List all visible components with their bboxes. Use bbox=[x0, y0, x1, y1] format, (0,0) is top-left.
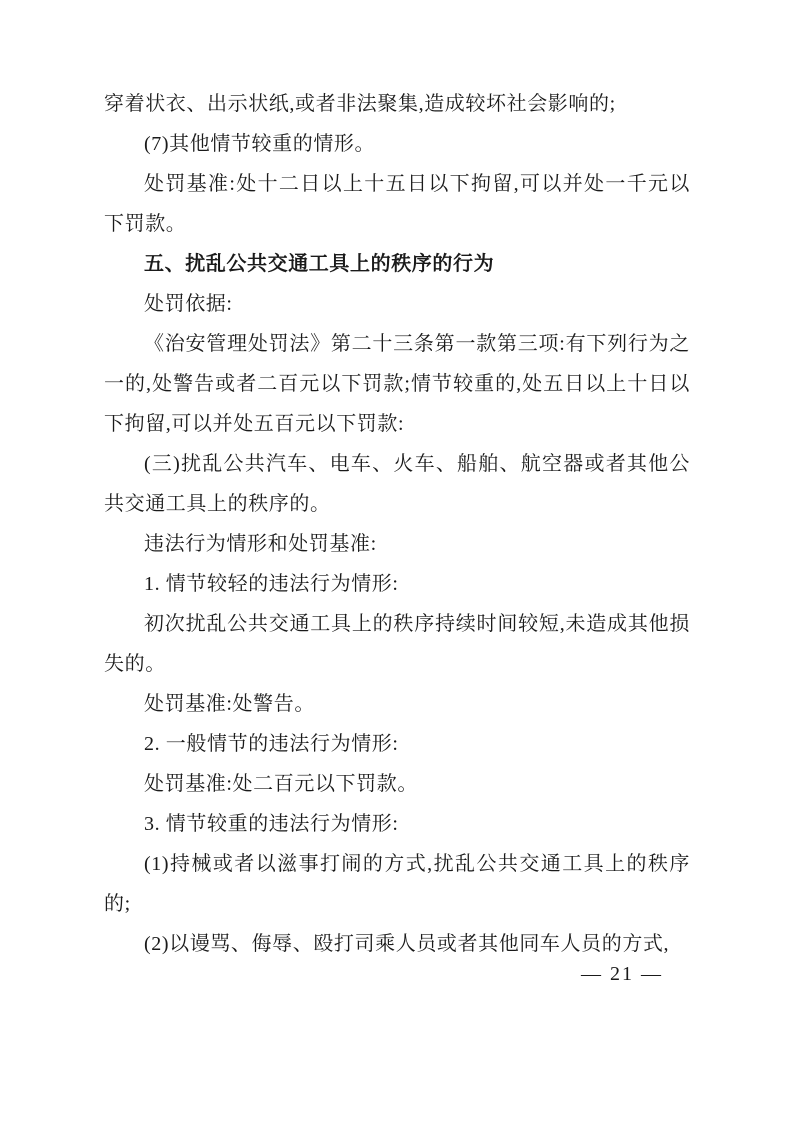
document-page: 穿着状衣、出示状纸,或者非法聚集,造成较坏社会影响的; (7)其他情节较重的情形… bbox=[0, 0, 793, 1122]
body-paragraph: (1)持械或者以滋事打闹的方式,扰乱公共交通工具上的秩序的; bbox=[104, 844, 690, 924]
body-paragraph: 处罚基准:处十二日以上十五日以下拘留,可以并处一千元以下罚款。 bbox=[104, 164, 690, 244]
body-paragraph: (2)以谩骂、侮辱、殴打司乘人员或者其他同车人员的方式, bbox=[104, 924, 690, 964]
body-paragraph: 1. 情节较轻的违法行为情形: bbox=[104, 564, 690, 604]
body-paragraph: 2. 一般情节的违法行为情形: bbox=[104, 724, 690, 764]
body-paragraph: (三)扰乱公共汽车、电车、火车、船舶、航空器或者其他公共交通工具上的秩序的。 bbox=[104, 444, 690, 524]
body-paragraph: 3. 情节较重的违法行为情形: bbox=[104, 804, 690, 844]
body-paragraph: 穿着状衣、出示状纸,或者非法聚集,造成较坏社会影响的; bbox=[104, 84, 690, 124]
page-number-footer: — 21 — bbox=[581, 963, 663, 986]
section-heading: 五、扰乱公共交通工具上的秩序的行为 bbox=[104, 244, 690, 284]
body-paragraph: 处罚基准:处警告。 bbox=[104, 684, 690, 724]
body-paragraph: 《治安管理处罚法》第二十三条第一款第三项:有下列行为之一的,处警告或者二百元以下… bbox=[104, 324, 690, 444]
body-paragraph: 处罚依据: bbox=[104, 284, 690, 324]
body-paragraph: 初次扰乱公共交通工具上的秩序持续时间较短,未造成其他损失的。 bbox=[104, 604, 690, 684]
document-body: 穿着状衣、出示状纸,或者非法聚集,造成较坏社会影响的; (7)其他情节较重的情形… bbox=[104, 84, 690, 964]
body-paragraph: 处罚基准:处二百元以下罚款。 bbox=[104, 764, 690, 804]
body-paragraph: (7)其他情节较重的情形。 bbox=[104, 124, 690, 164]
body-paragraph: 违法行为情形和处罚基准: bbox=[104, 524, 690, 564]
